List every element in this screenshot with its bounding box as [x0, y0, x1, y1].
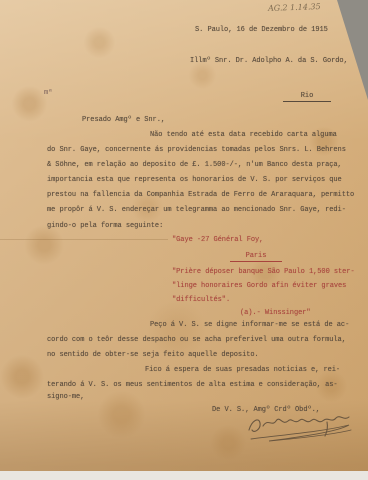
telegram-line: "linge honoraires Gordo afin éviter grav… [172, 282, 346, 290]
body-line: signo-me, [47, 393, 84, 401]
telegram-signature-line: (a).- Winssinger" [240, 309, 311, 317]
paper-crease [0, 239, 168, 240]
margin-note: mª [44, 89, 52, 97]
telegram-line: "difficultés". [172, 296, 230, 304]
body-line: terando á V. S. os meus sentimentos de a… [47, 381, 338, 389]
body-line: Peço á V. S. se digne informar-me se est… [150, 321, 349, 329]
body-line: me propôr á V. S. endereçar um telegramm… [47, 206, 346, 214]
letter-paper: AG.2 1.14.35 S. Paulo, 16 de Dezembro de… [0, 0, 368, 471]
recipient-line: Illmº Snr. Dr. Adolpho A. da S. Gordo, [190, 57, 348, 65]
scanned-letter-page: AG.2 1.14.35 S. Paulo, 16 de Dezembro de… [0, 0, 368, 480]
body-line: cordo com o teôr desse despacho ou se ac… [47, 336, 346, 344]
signature-scrawl [243, 410, 355, 446]
body-line: no sentido de obter-se seja feito aquell… [47, 351, 259, 359]
recipient-city-label: Rio [283, 92, 331, 102]
telegram-line: "Prière déposer banque São Paulo 1,500 s… [172, 268, 355, 276]
place-date-line: S. Paulo, 16 de Dezembro de 1915 [195, 26, 328, 34]
body-line: importancia esta que representa os honor… [47, 176, 342, 184]
recipient-city: Rio [283, 92, 331, 102]
archival-reference-note: AG.2 1.14.35 [268, 2, 321, 13]
body-line: Não tendo até esta data recebido carta a… [150, 131, 337, 139]
salutation-line: Presado Amgº e Snr., [82, 116, 165, 124]
body-line: Fico á espera de suas presadas noticias … [145, 366, 340, 374]
body-line: do Snr. Gaye, concernente ás providencia… [47, 146, 346, 154]
signature [243, 410, 355, 446]
telegram-line: "Gaye -27 Général Foy, [172, 236, 263, 244]
telegram-city: Paris [230, 252, 282, 262]
telegram-city-label: Paris [230, 252, 282, 262]
body-line: & Söhne, em relação ao deposito de £. 1.… [47, 161, 342, 169]
body-line: gindo-o pela forma seguinte: [47, 222, 163, 230]
body-line: prestou na fallencia da Companhia Estrad… [47, 191, 354, 199]
